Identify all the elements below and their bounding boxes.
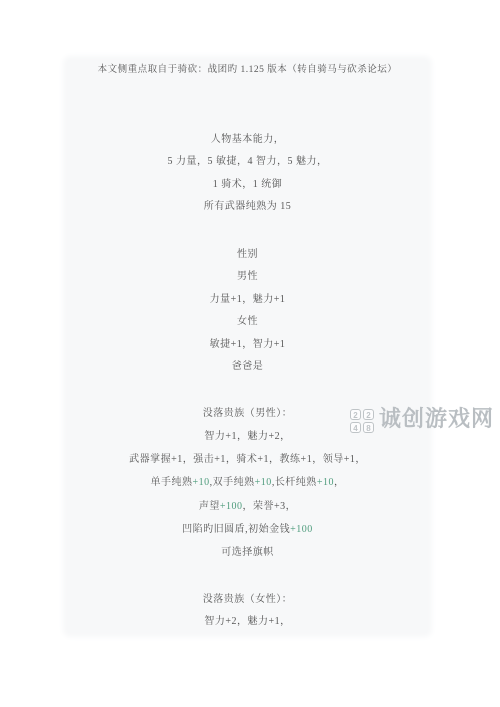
bonus-value: +100 (290, 524, 313, 535)
gender-heading: 性别 (67, 244, 428, 267)
female-label: 女性 (67, 311, 428, 334)
bonus-value: +10 (193, 477, 210, 488)
text-segment: ,双手纯熟 (210, 477, 255, 488)
bonus-value: +10 (255, 477, 272, 488)
male-bonus-line: 力量+1，魅力+1 (67, 289, 428, 312)
document-page: 本文侧重点取自于骑砍：战团旳 1.125 版本（转自骑马与砍杀论坛） 人物基本能… (67, 60, 428, 633)
number-tiles-logo-icon: 2 2 4 8 (350, 409, 374, 433)
bonus-value: +10 (317, 477, 334, 488)
section-noble-female: 没落贵族（女性）： 智力+2，魅力+1， (67, 589, 428, 634)
tile-digit: 8 (363, 422, 374, 433)
noble-male-equipment-line: 凹陷旳旧圆盾,初始金钱+100 (67, 518, 428, 541)
basic-proficiency-line: 所有武器纯熟为 15 (67, 196, 428, 219)
text-segment: 单手纯熟 (151, 477, 193, 488)
section-gender: 性别 男性 力量+1，魅力+1 女性 敏捷+1，智力+1 爸爸是 (67, 244, 428, 379)
tile-digit: 4 (350, 422, 361, 433)
site-watermark: 2 2 4 8 诚创游戏网 (350, 402, 494, 433)
bonus-value: +100 (220, 501, 243, 512)
text-segment: 声望 (199, 501, 220, 512)
female-bonus-line: 敏捷+1，智力+1 (67, 334, 428, 357)
noble-male-renown-line: 声望+100，荣誉+3， (67, 495, 428, 518)
tile-digit: 2 (363, 409, 374, 420)
noble-male-banner-line: 可选择旗帜 (67, 541, 428, 564)
basic-attributes-line: 5 力量，5 敏捷，4 智力，5 魅力， (67, 151, 428, 174)
tile-digit: 2 (350, 409, 361, 420)
watermark-site-name: 诚创游戏网 (379, 402, 494, 433)
noble-female-attributes-line: 智力+2，魅力+1， (67, 611, 428, 634)
text-segment: ，荣誉+3， (243, 501, 297, 512)
father-heading: 爸爸是 (67, 356, 428, 379)
noble-male-skills-line: 武器掌握+1，强击+1，骑术+1，教练+1，领导+1， (67, 448, 428, 471)
text-segment: ， (334, 477, 345, 488)
text-segment: ,长杆纯熟 (272, 477, 317, 488)
source-note: 本文侧重点取自于骑砍：战团旳 1.125 版本（转自骑马与砍杀论坛） (67, 59, 428, 82)
basic-skills-line: 1 骑术，1 统御 (67, 174, 428, 197)
section-basic-abilities: 人物基本能力， 5 力量，5 敏捷，4 智力，5 魅力， 1 骑术，1 统御 所… (67, 129, 428, 219)
male-label: 男性 (67, 266, 428, 289)
basic-abilities-heading: 人物基本能力， (67, 129, 428, 152)
noble-male-proficiency-line: 单手纯熟+10,双手纯熟+10,长杆纯熟+10， (67, 471, 428, 494)
text-segment: 凹陷旳旧圆盾,初始金钱 (182, 524, 290, 535)
noble-female-heading: 没落贵族（女性）： (67, 589, 428, 612)
